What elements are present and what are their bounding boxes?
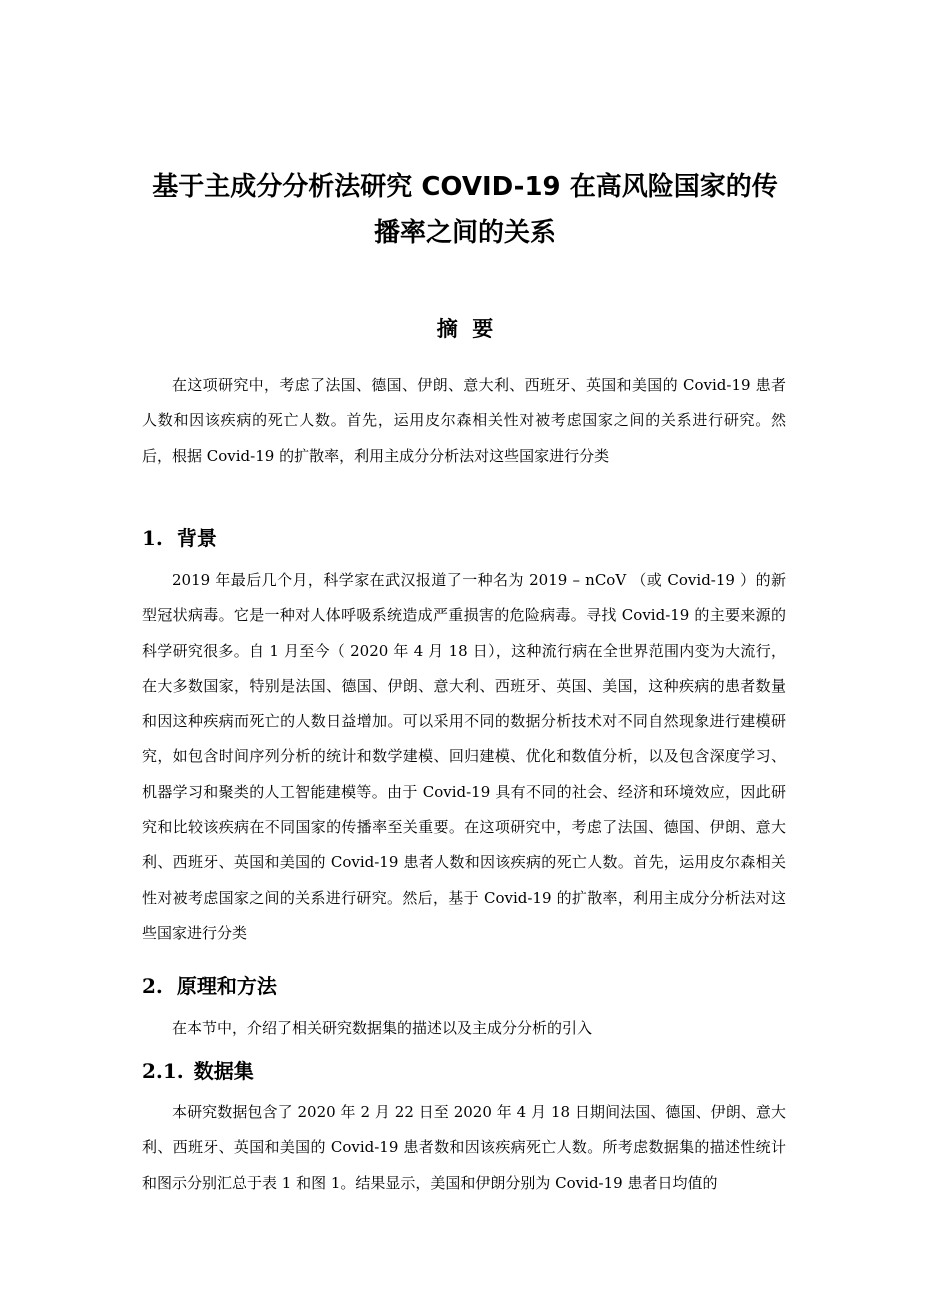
section-2-heading: 2.原理和方法 bbox=[142, 971, 277, 1001]
section-2-1-text: 本研究数据包含了 2020 年 2 月 22 日至 2020 年 4 月 18 … bbox=[142, 1095, 786, 1201]
section-title: 原理和方法 bbox=[177, 974, 277, 998]
section-number: 2.1. bbox=[142, 1059, 184, 1083]
title-line-2: 播率之间的关系 bbox=[130, 210, 800, 256]
section-title: 背景 bbox=[177, 526, 217, 550]
section-number: 2. bbox=[142, 974, 163, 998]
paper-title: 基于主成分分析法研究 COVID-19 在高风险国家的传 播率之间的关系 bbox=[130, 164, 800, 256]
title-line-1: 基于主成分分析法研究 COVID-19 在高风险国家的传 bbox=[130, 164, 800, 210]
section-2-text: 在本节中，介绍了相关研究数据集的描述以及主成分分析的引入 bbox=[142, 1011, 786, 1046]
section-title: 数据集 bbox=[194, 1059, 254, 1083]
section-1-heading: 1.背景 bbox=[142, 523, 217, 553]
section-number: 1. bbox=[142, 526, 163, 550]
abstract-text: 在这项研究中，考虑了法国、德国、伊朗、意大利、西班牙、英国和美国的 Covid-… bbox=[142, 368, 786, 474]
section-1-text: 2019 年最后几个月，科学家在武汉报道了一种名为 2019 – nCoV （或… bbox=[142, 563, 786, 951]
section-2-1-heading: 2.1.数据集 bbox=[142, 1056, 254, 1086]
document-page: 基于主成分分析法研究 COVID-19 在高风险国家的传 播率之间的关系 摘 要… bbox=[0, 0, 926, 1309]
abstract-heading: 摘 要 bbox=[0, 314, 926, 344]
